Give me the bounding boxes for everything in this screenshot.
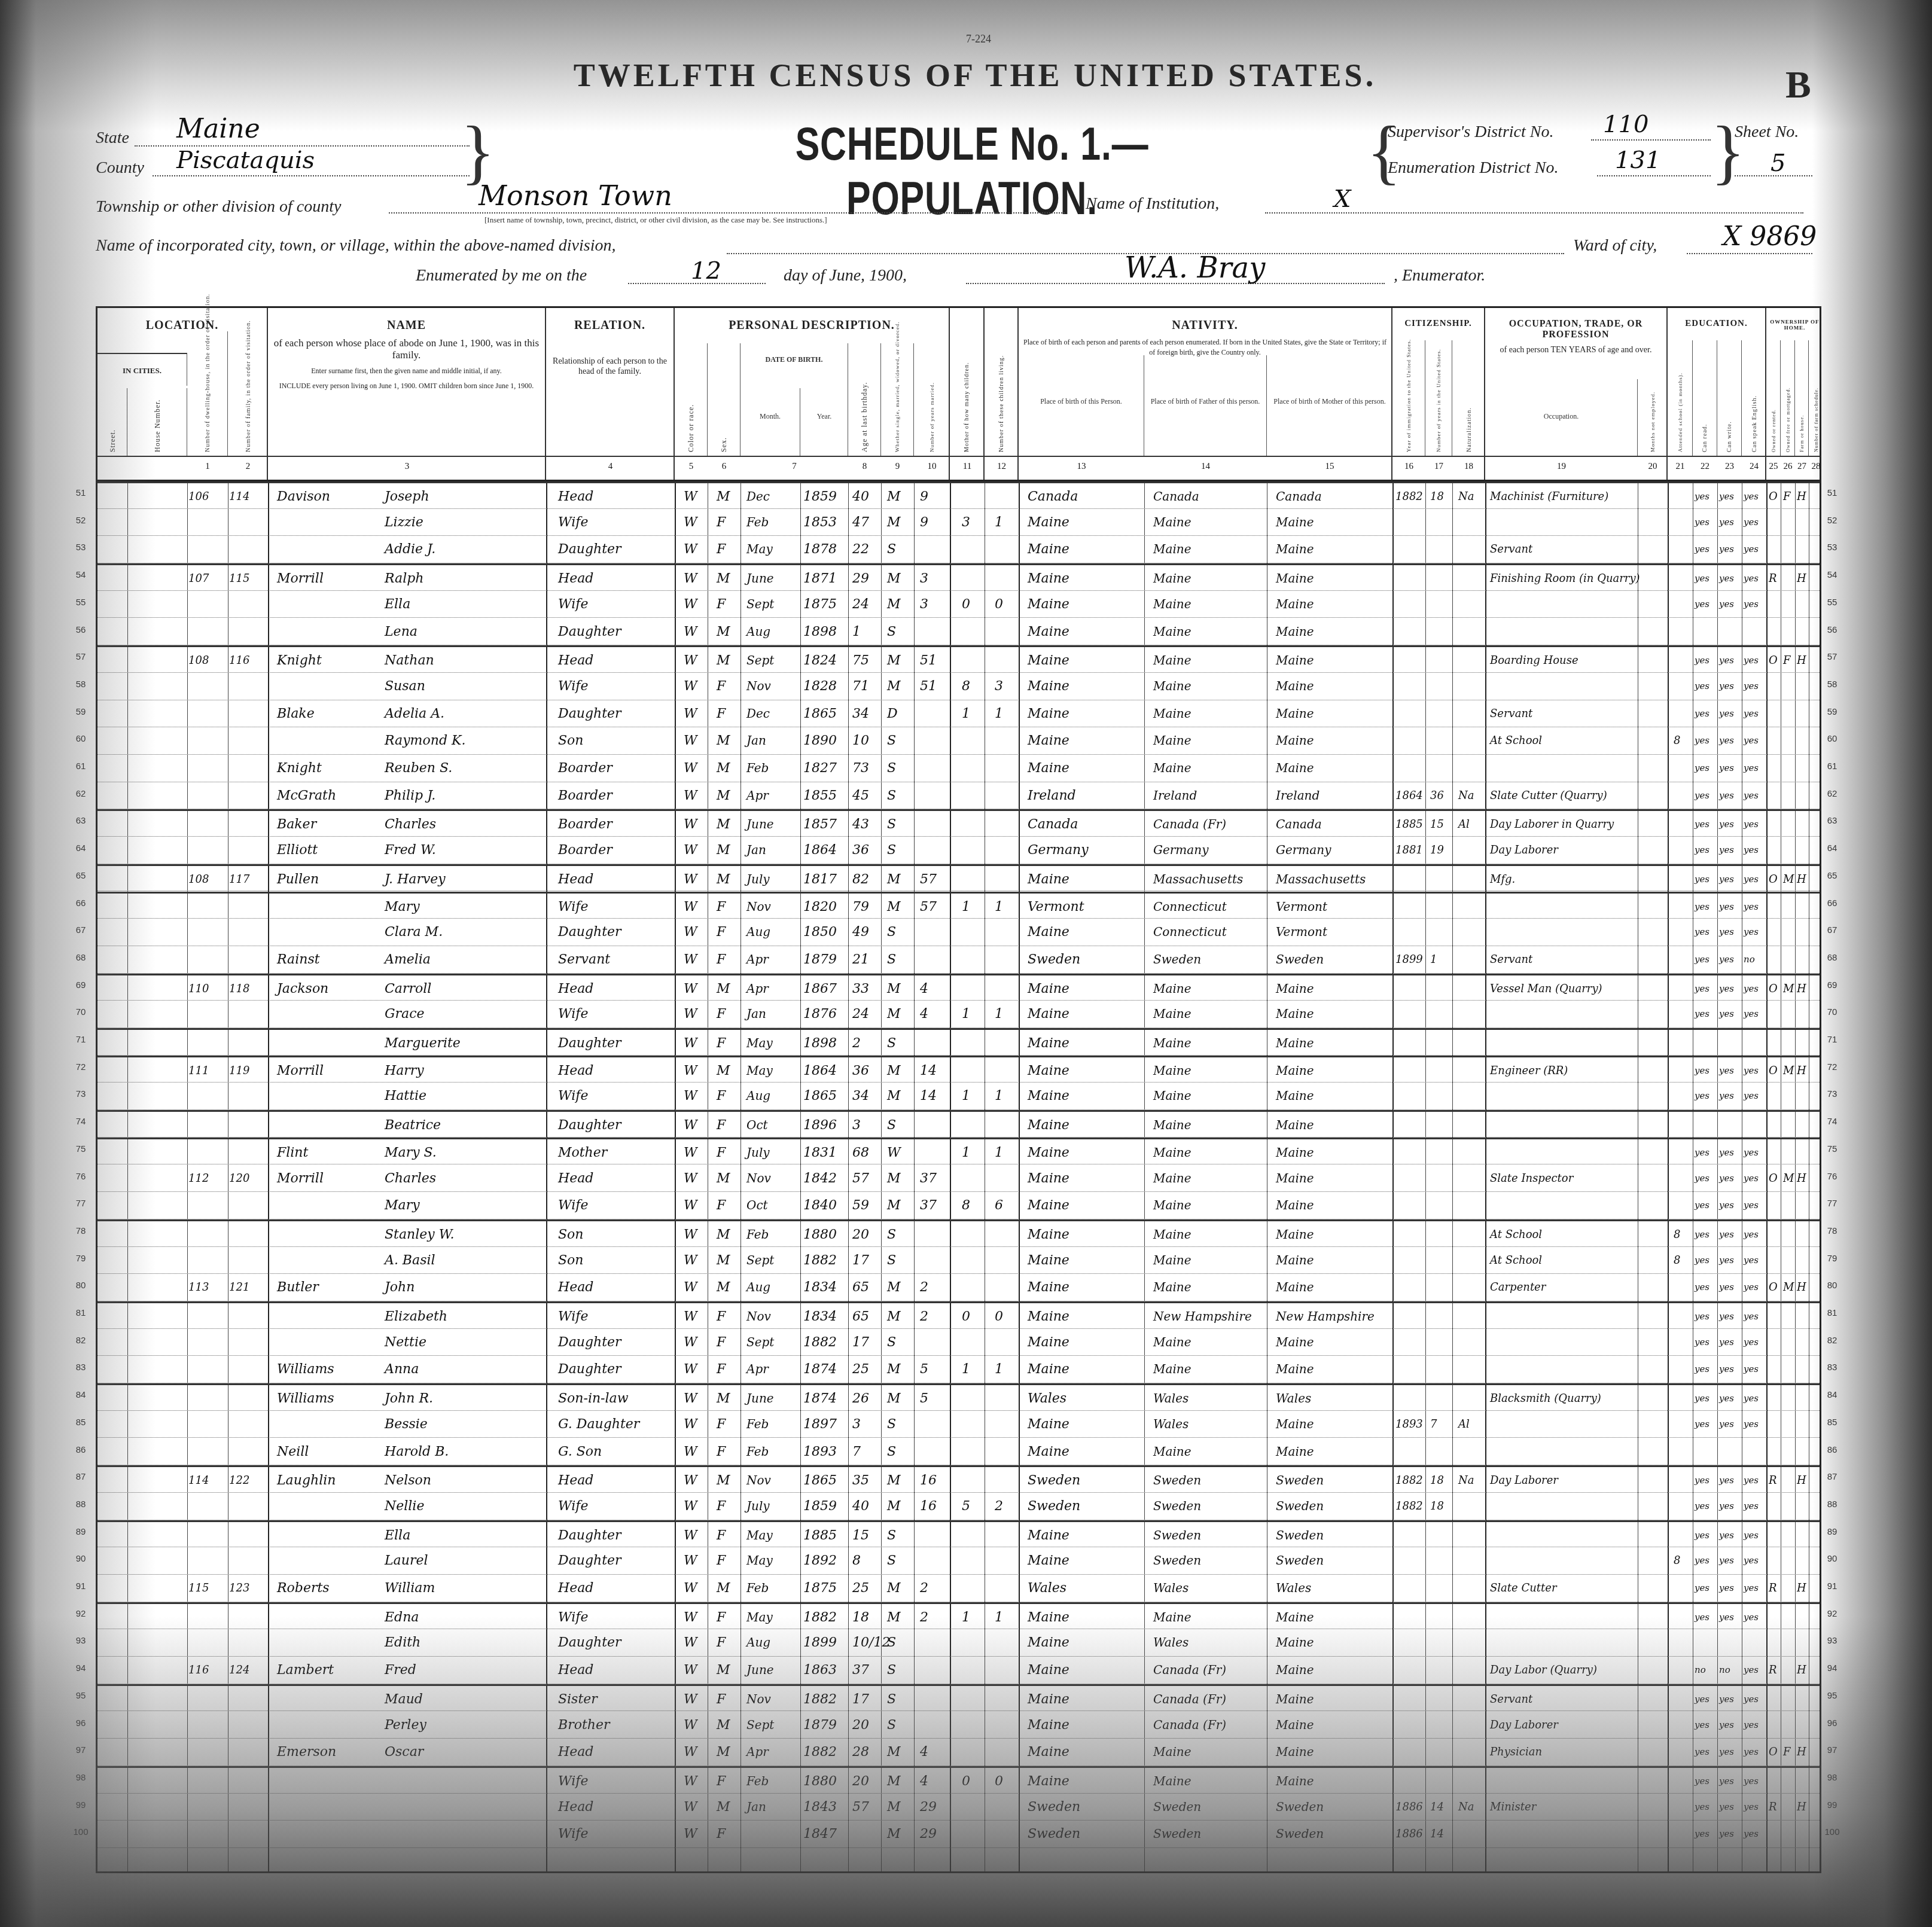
line-number-right: 100 [1823,1827,1841,1837]
header-name: NAME of each person whose place of abode… [268,308,546,480]
cell-father: Maine [1153,536,1191,563]
cell-month: Aug [746,1274,770,1301]
cell-mother-birth: Germany [1276,837,1331,864]
table-row: EllaWifeWFSept187524M300MaineMaineMainey… [97,591,1820,618]
cell-marital: M [887,483,901,508]
table-row: LaurelDaughterWFMay18928SMaineSwedenSwed… [97,1547,1820,1575]
cell-mother: 1 [962,1356,970,1383]
cell-married: 16 [920,1493,937,1520]
cell-occupation: Day Laborer [1490,837,1558,864]
cell-years-us: 7 [1430,1411,1437,1438]
cell-mother: 3 [962,509,970,536]
line-number-left: 74 [72,1117,90,1127]
cell-write: yes [1719,1712,1734,1739]
cell-occupation: Servant [1490,700,1532,727]
cell-years-us: 18 [1430,1467,1444,1492]
cell-read: yes [1695,1411,1709,1438]
cell-sex: M [717,1467,730,1492]
line-number-left: 67 [72,925,90,935]
cell-year: 1874 [803,1356,837,1383]
cell-married: 9 [920,509,928,536]
cell-year: 1817 [803,866,837,891]
table-row: EdnaWifeWFMay188218M211MaineMaineMaineye… [97,1602,1820,1630]
cell-month: Feb [746,1575,769,1602]
cell-year: 1880 [803,1768,837,1793]
line-number-right: 89 [1823,1527,1841,1537]
sheet-value: 5 [1771,150,1785,177]
cell-month: Dec [746,700,770,727]
township-label: Township or other division of county [96,197,341,217]
cell-sex: M [717,1739,730,1766]
cell-surname: Blake [277,700,315,727]
line-number-right: 72 [1823,1062,1841,1072]
cell-given: Oscar [385,1739,423,1766]
cell-years-us: 18 [1430,1493,1444,1520]
relation-title: RELATION. [546,319,674,333]
cell-mother-birth: Sweden [1276,1794,1324,1821]
cell-year: 1843 [803,1794,837,1821]
line-number-right: 77 [1823,1199,1841,1209]
cell-given: Mary [385,1192,420,1219]
cell-marital: M [887,975,901,1001]
cell-birth: Maine [1028,1629,1069,1656]
cell-write: yes [1719,1547,1734,1574]
cell-month: May [746,1057,773,1083]
cell-marital: S [887,1329,896,1356]
cell-marital: S [887,1221,896,1246]
year-label: Year. [800,388,848,421]
line-number-left: 80 [72,1280,90,1291]
cell-marital: M [887,1604,901,1629]
cell-school: 8 [1674,1221,1680,1246]
cell-birth: Maine [1028,565,1069,590]
cell-write: yes [1719,894,1734,919]
cell-mother: 1 [962,1139,970,1164]
cell-birth: Maine [1028,1165,1069,1192]
cell-birth: Maine [1028,1686,1069,1711]
cell-nat: Al [1458,811,1470,836]
table-row: MaudSisterWFNov188217SMaineCanada (Fr)Ma… [97,1684,1820,1712]
cell-mother-birth: Canada [1276,811,1322,836]
table-row: Raymond K.SonWMJan189010SMaineMaineMaine… [97,727,1820,755]
line-number-left: 100 [72,1827,90,1837]
can-speak-label: Can speak English. [1751,395,1757,452]
cell-sex: F [717,1192,726,1219]
cell-given: Ralph [385,565,423,590]
cell-married: 4 [920,1739,928,1766]
cell-father: Canada (Fr) [1153,1712,1226,1739]
cell-occupation: Physician [1490,1739,1542,1766]
column-number: 16 [1392,462,1425,472]
cell-marital: S [887,536,896,563]
cell-surname: McGrath [277,782,336,809]
cell-age: 57 [852,1165,869,1192]
cell-birth: Maine [1028,1247,1069,1274]
cell-given: Ella [385,1522,410,1547]
cell-age: 18 [852,1604,869,1629]
cell-relation: Daughter [558,700,621,727]
can-read-label: Can read. [1702,424,1708,452]
cell-immig: 1882 [1395,483,1423,508]
table-row: NettieDaughterWFSept188217SMaineMaineMai… [97,1329,1820,1356]
cell-marital: M [887,1303,901,1328]
cell-married: 3 [920,565,928,590]
cell-father: Maine [1153,755,1191,782]
cell-month: June [746,1385,774,1410]
cell-given: Susan [385,673,425,700]
cell-mother-birth: Sweden [1276,1547,1324,1574]
cell-birth: Maine [1028,1329,1069,1356]
cell-year: 1874 [803,1385,837,1410]
cell-father: Sweden [1153,1467,1201,1492]
cell-mother-birth: Wales [1276,1575,1311,1602]
table-row: 108116KnightNathanHeadWMSept182475M51Mai… [97,645,1820,673]
cell-married: 2 [920,1303,928,1328]
color-label: Color or race. [687,404,696,452]
cell-relation: Wife [558,1768,588,1793]
cell-age: 82 [852,866,869,891]
cell-dwelling: 112 [188,1165,209,1192]
cell-read: yes [1695,755,1709,782]
cell-given: Fred [385,1657,416,1684]
cell-mother-birth: Maine [1276,1411,1314,1438]
cell-write: yes [1719,975,1734,1001]
cell-farm: H [1797,1657,1806,1684]
cell-family: 119 [229,1057,249,1083]
cell-year: 1875 [803,1575,837,1602]
nativity-title: NATIVITY. [1019,319,1391,333]
name-desc: of each person whose place of abode on J… [272,337,541,361]
cell-father: Maine [1153,1739,1191,1766]
cell-relation: Wife [558,1192,588,1219]
cell-father: Maine [1153,1329,1191,1356]
cell-speak: yes [1744,509,1759,536]
cell-read: yes [1695,700,1709,727]
column-number: 2 [228,462,268,472]
line-number-left: 56 [72,625,90,635]
cell-color: W [684,1768,697,1793]
cell-mother-birth: Sweden [1276,1467,1324,1492]
cell-month: June [746,1657,774,1684]
citizenship-title: CITIZENSHIP. [1392,319,1484,329]
cell-own: O [1769,1165,1778,1192]
ownership-title: OWNERSHIP OF HOME. [1766,319,1823,331]
cell-immig: 1882 [1395,1493,1423,1520]
cell-birth: Sweden [1028,1467,1080,1492]
cell-father: Maine [1153,1356,1191,1383]
table-row: Clara M.DaughterWFAug185049SMaineConnect… [97,919,1820,946]
cell-surname: Butler [277,1274,319,1301]
cell-age: 8 [852,1547,861,1574]
line-number-right: 79 [1823,1254,1841,1264]
cell-year: 1842 [803,1165,837,1192]
cell-relation: Boarder [558,755,612,782]
cell-father: Sweden [1153,1547,1201,1574]
cell-marital: S [887,782,896,809]
column-number: 19 [1485,462,1638,472]
cell-dwelling: 116 [188,1657,209,1684]
table-row: ElizabethWifeWFNov183465M200MaineNew Ham… [97,1301,1820,1329]
cell-married: 16 [920,1467,937,1492]
line-number-right: 64 [1823,843,1841,853]
cell-sex: M [717,1794,730,1821]
cell-given: Mary S. [385,1139,437,1164]
line-number-right: 92 [1823,1609,1841,1619]
cell-marital: S [887,1686,896,1711]
cell-mother-birth: Vermont [1276,919,1327,946]
cell-married: 4 [920,975,928,1001]
cell-farm: H [1797,565,1806,590]
cell-birth: Sweden [1028,946,1080,973]
line-number-left: 89 [72,1527,90,1537]
cell-year: 1879 [803,1712,837,1739]
cell-speak: yes [1744,700,1759,727]
cell-farm: H [1797,1165,1806,1192]
table-row: 111119MorrillHarryHeadWMMay186436M14Main… [97,1056,1820,1083]
line-number-right: 65 [1823,871,1841,881]
cell-relation: Head [558,1165,593,1192]
line-number-right: 57 [1823,652,1841,662]
cell-years-us: 14 [1430,1821,1444,1847]
cell-mother-birth: Massachusetts [1276,866,1366,891]
cell-speak: yes [1744,1467,1759,1492]
line-number-left: 93 [72,1636,90,1646]
cell-age: 79 [852,894,869,919]
table-row: EllaDaughterWFMay188515SMaineSwedenSwede… [97,1520,1820,1548]
cell-birth: Maine [1028,1057,1069,1083]
in-cities-label: IN CITIES. [97,353,187,386]
table-row: EdithDaughterWFAug189910/12SMaineWalesMa… [97,1629,1820,1657]
cell-marital: M [887,1001,901,1027]
cell-sex: M [717,866,730,891]
cell-immig: 1886 [1395,1821,1423,1847]
state-label: State [96,129,129,148]
cell-own: O [1769,866,1778,891]
cell-living: 1 [995,1356,1003,1383]
cell-sex: M [717,1274,730,1301]
cell-color: W [684,1001,697,1027]
cell-marital: S [887,946,896,973]
cell-read: yes [1695,591,1709,618]
line-number-right: 53 [1823,542,1841,553]
cell-marital: M [887,1467,901,1492]
cell-sex: M [717,811,730,836]
line-number-right: 82 [1823,1336,1841,1346]
cell-year: 1834 [803,1303,837,1328]
cell-year: 1834 [803,1274,837,1301]
cell-mother-birth: Maine [1276,673,1314,700]
cell-dwelling: 107 [188,565,209,590]
cell-birth: Maine [1028,1522,1069,1547]
cell-surname: Laughlin [277,1467,336,1492]
cell-mother-birth: Maine [1276,755,1314,782]
cell-occupation: At School [1490,1221,1542,1246]
cell-father: Ireland [1153,782,1197,809]
cell-birth: Maine [1028,1303,1069,1328]
cell-mother-birth: Maine [1276,1604,1314,1629]
cell-color: W [684,1303,697,1328]
cell-year: 1898 [803,618,837,645]
line-number-left: 81 [72,1308,90,1318]
line-number-right: 95 [1823,1691,1841,1701]
enumeration-label: Enumeration District No. [1388,158,1558,178]
cell-color: W [684,1657,697,1684]
line-number-right: 71 [1823,1035,1841,1045]
line-number-left: 95 [72,1691,90,1701]
header-personal: PERSONAL DESCRIPTION. Color or race. Sex… [675,308,950,480]
cell-read: yes [1695,975,1709,1001]
enumerated-day: 12 [691,257,721,285]
cell-mother-birth: Maine [1276,1739,1314,1766]
line-number-left: 51 [72,488,90,498]
cell-mother: 8 [962,673,970,700]
cell-speak: yes [1744,1821,1759,1847]
line-number-left: 84 [72,1390,90,1400]
cell-read: yes [1695,1547,1709,1574]
cell-age: 68 [852,1139,869,1164]
cell-color: W [684,1547,697,1574]
line-number-right: 80 [1823,1280,1841,1291]
cell-family: 116 [229,647,249,672]
cell-write: yes [1719,700,1734,727]
cell-speak: yes [1744,1686,1759,1711]
cell-color: W [684,727,697,754]
cell-married: 2 [920,1575,928,1602]
cell-color: W [684,919,697,946]
cell-read: yes [1695,1467,1709,1492]
cell-mother-birth: Maine [1276,509,1314,536]
cell-mother: 0 [962,591,970,618]
cell-year: 1892 [803,1547,837,1574]
column-number: 13 [1019,462,1144,472]
column-number: 6 [708,462,741,472]
cell-sex: F [717,1547,726,1574]
cell-surname: Neill [277,1438,309,1465]
cell-occupation: Slate Inspector [1490,1165,1573,1192]
cell-read: yes [1695,509,1709,536]
cell-write: yes [1719,647,1734,672]
cell-sex: F [717,1356,726,1383]
cell-write: yes [1719,727,1734,754]
cell-family: 117 [229,866,249,891]
cell-speak: yes [1744,1329,1759,1356]
cell-speak: yes [1744,565,1759,590]
cell-year: 1882 [803,1247,837,1274]
cell-marital: M [887,866,901,891]
cell-occupation: At School [1490,727,1542,754]
township-value: Monson Town [479,179,672,212]
cell-given: Nellie [385,1493,424,1520]
line-number-right: 78 [1823,1226,1841,1236]
cell-color: W [684,1522,697,1547]
line-number-left: 52 [72,516,90,526]
cell-relation: Wife [558,1604,588,1629]
line-number-left: 77 [72,1199,90,1209]
cell-read: yes [1695,483,1709,508]
cell-sex: F [717,673,726,700]
cell-birth: Maine [1028,1411,1069,1438]
cell-birth: Canada [1028,483,1078,508]
cell-married: 4 [920,1001,928,1027]
cell-age: 36 [852,837,869,864]
cell-birth: Maine [1028,1604,1069,1629]
cell-write: yes [1719,483,1734,508]
table-row: RainstAmeliaServantWFApr187921SSwedenSwe… [97,946,1820,974]
cell-living: 0 [995,1768,1003,1793]
table-row: HeadWMJan184357M29SwedenSwedenSweden1886… [97,1794,1820,1821]
cell-year: 1864 [803,837,837,864]
cell-father: Maine [1153,1112,1191,1137]
cell-year: 1898 [803,1030,837,1055]
cell-mort: M [1783,975,1794,1001]
ward-label: Ward of city, [1573,236,1657,255]
birth-mother-label: Place of birth of Mother of this person. [1267,355,1392,457]
cell-relation: Wife [558,509,588,536]
cell-mother-birth: Maine [1276,1274,1314,1301]
cell-relation: Son [558,1247,584,1274]
years-married-label: Number of years married. [929,382,935,452]
table-row: BlakeAdelia A.DaughterWFDec186534D11Main… [97,700,1820,728]
line-number-right: 91 [1823,1581,1841,1591]
census-title: TWELFTH CENSUS OF THE UNITED STATES. [550,57,1400,94]
cell-father: Canada (Fr) [1153,1657,1226,1684]
cell-marital: S [887,1657,896,1684]
cell-read: yes [1695,1385,1709,1410]
line-number-right: 98 [1823,1773,1841,1783]
cell-speak: yes [1744,1712,1759,1739]
population-table: LOCATION. IN CITIES. Street. House Numbe… [96,306,1821,1873]
cell-speak: yes [1744,1139,1759,1164]
cell-read: yes [1695,1221,1709,1246]
cell-relation: Son [558,727,584,754]
cell-father: Maine [1153,1221,1191,1246]
location-title: LOCATION. [97,319,267,333]
cell-sex: M [717,837,730,864]
table-row: WifeWF1847M29SwedenSwedenSweden188614yes… [97,1821,1820,1848]
cell-year: 1840 [803,1192,837,1219]
cell-write: yes [1719,1686,1734,1711]
cell-read: yes [1695,727,1709,754]
table-row: 106114DavisonJosephHeadWMDec185940M9Cana… [97,481,1820,509]
line-number-right: 84 [1823,1390,1841,1400]
cell-mother-birth: Vermont [1276,894,1327,919]
cell-father: Maine [1153,591,1191,618]
cell-color: W [684,591,697,618]
cell-sex: M [717,1385,730,1410]
line-number-right: 96 [1823,1718,1841,1728]
table-row: A. BasilSonWMSept188217SMaineMaineMaineA… [97,1247,1820,1274]
line-number-left: 73 [72,1089,90,1099]
cell-sex: F [717,509,726,536]
cell-color: W [684,1385,697,1410]
table-row: 116124LambertFredHeadWMJune186337SMaineC… [97,1657,1820,1684]
cell-mother-birth: Sweden [1276,1821,1324,1847]
cell-age: 25 [852,1575,869,1602]
cell-age: 36 [852,1057,869,1083]
table-row: 112120MorrillCharlesHeadWMNov184257M37Ma… [97,1165,1820,1193]
line-number-left: 70 [72,1007,90,1017]
cell-birth: Sweden [1028,1821,1080,1847]
cell-living: 1 [995,1139,1003,1164]
table-row: BessieG. DaughterWFFeb18973SMaineWalesMa… [97,1411,1820,1438]
cell-age: 35 [852,1467,869,1492]
cell-relation: Servant [558,946,610,973]
cell-family: 123 [229,1575,249,1602]
cell-father: Maine [1153,1247,1191,1274]
cell-occupation: Machinist (Furniture) [1490,483,1608,508]
birth-person-label: Place of birth of this Person. [1019,355,1144,457]
cell-given: A. Basil [385,1247,435,1274]
